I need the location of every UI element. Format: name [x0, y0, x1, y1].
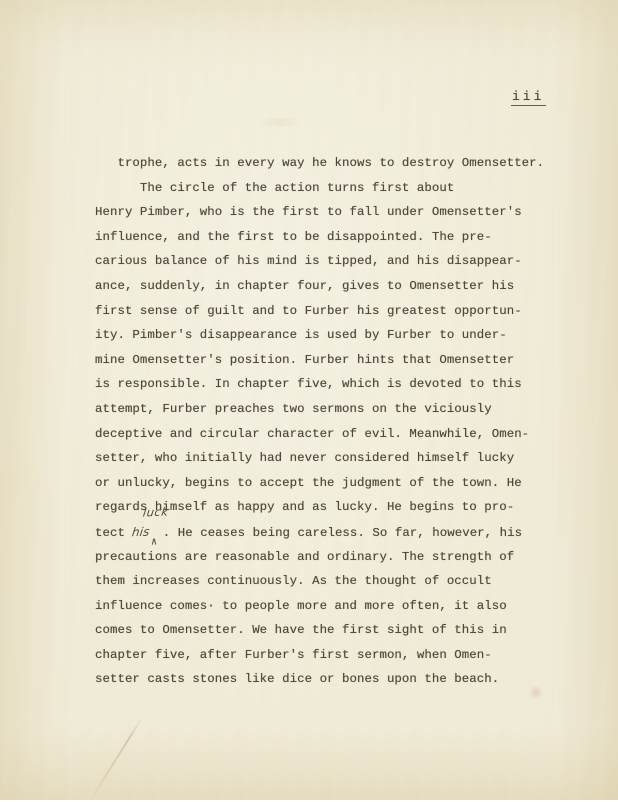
typed-line: chapter five, after Furber's first sermo…	[95, 643, 555, 668]
scanned-page: iii trophe, acts in every way he knows t…	[0, 0, 618, 800]
typed-line: ity. Pimber's disappearance is used by F…	[95, 323, 555, 348]
typed-line: The circle of the action turns first abo…	[95, 176, 555, 201]
typed-line: Henry Pimber, who is the first to fall u…	[95, 200, 555, 225]
paper-smudge	[250, 118, 310, 126]
page-number: iii	[511, 89, 546, 106]
typed-line: carious balance of his mind is tipped, a…	[95, 249, 555, 274]
typed-line: influence, and the first to be disappoin…	[95, 225, 555, 250]
text-block: trophe, acts in every way he knows to de…	[95, 151, 555, 692]
typed-line: them increases continuously. As the thou…	[95, 569, 555, 594]
typed-line: influence comes· to people more and more…	[95, 594, 555, 619]
caret-icon: ∧	[151, 528, 158, 556]
typed-line: first sense of guilt and to Furber his g…	[95, 299, 555, 324]
paper-crease	[89, 717, 143, 800]
typed-text: tect	[95, 526, 132, 540]
typed-line: attempt, Furber preaches two sermons on …	[95, 397, 555, 422]
typed-line: tect hisluck∧. He ceases being careless.…	[95, 520, 555, 545]
typed-line: comes to Omensetter. We have the first s…	[95, 618, 555, 643]
typed-line: or unlucky, begins to accept the judgmen…	[95, 471, 555, 496]
typed-text: . He ceases being careless. So far, howe…	[163, 526, 522, 540]
typed-line: precautions are reasonable and ordinary.…	[95, 545, 555, 570]
paper-stain	[528, 686, 544, 699]
typed-line: trophe, acts in every way he knows to de…	[95, 151, 555, 176]
typed-line: ance, suddenly, in chapter four, gives t…	[95, 274, 555, 299]
inserted-word: luck	[141, 500, 170, 525]
pencil-insertion: luck∧	[150, 524, 163, 536]
typed-line: mine Omensetter's position. Furber hints…	[95, 348, 555, 373]
typed-line: setter, who initially had never consider…	[95, 446, 555, 471]
typed-line: is responsible. In chapter five, which i…	[95, 372, 555, 397]
typed-line: deceptive and circular character of evil…	[95, 422, 555, 447]
typed-line: setter casts stones like dice or bones u…	[95, 667, 555, 692]
